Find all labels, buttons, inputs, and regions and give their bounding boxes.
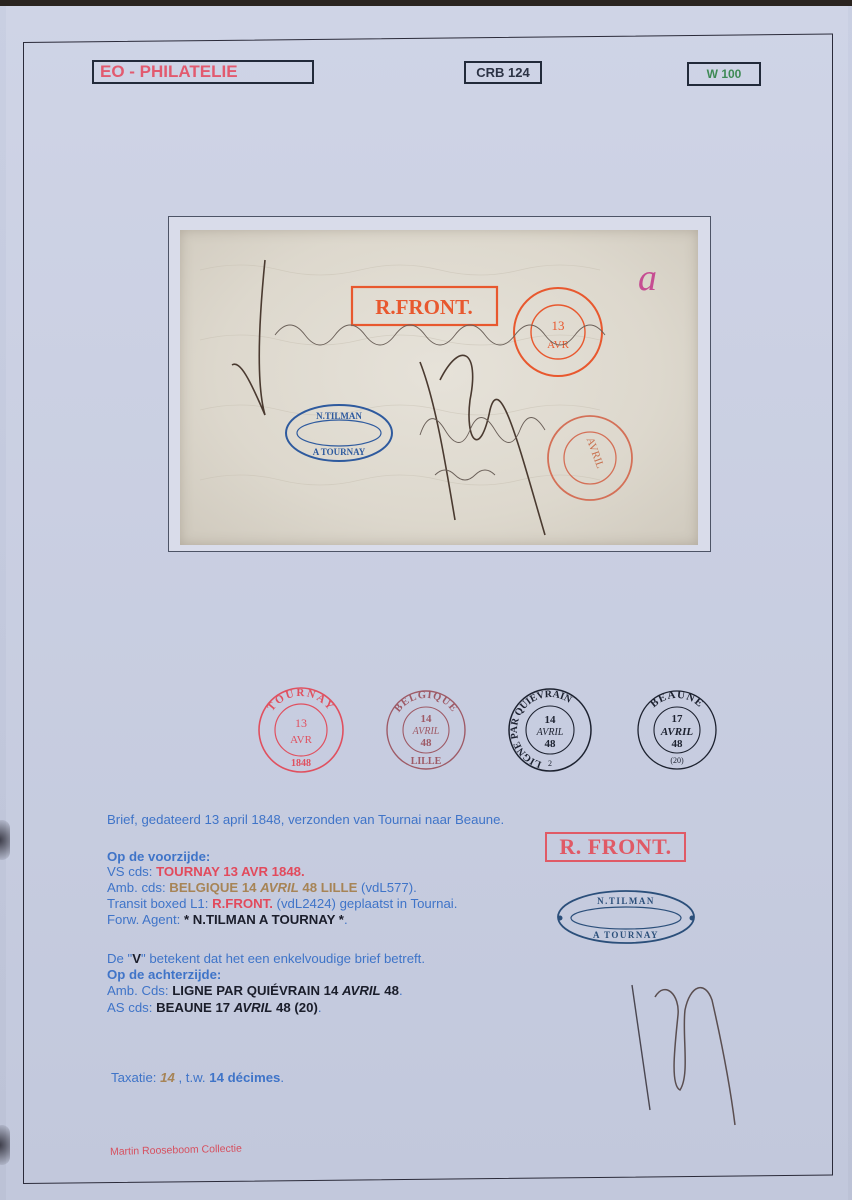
svg-text:48: 48 [672,738,684,750]
taxation-line: Taxatie: 14 , t.w. 14 décimes. [111,1070,284,1085]
binder-hole-shadow [0,820,10,860]
svg-text:A TOURNAY: A TOURNAY [593,930,659,940]
front-heading: Op de voorzijde: [107,849,210,864]
svg-text:14: 14 [421,713,433,725]
tax-14-manuscript-illustration [620,975,750,1135]
rfront-illustration: R. FRONT. [545,832,686,862]
amb-cds-line: Amb. cds: BELGIQUE 14 AVRIL 48 LILLE (vd… [107,880,417,895]
svg-text:2: 2 [548,759,552,768]
svg-text:AVRIL: AVRIL [584,436,606,471]
forwarding-agent-line: Forw. Agent: * N.TILMAN A TOURNAY *. [107,912,348,927]
svg-text:TOURNAY: TOURNAY [265,687,337,714]
svg-text:AVRIL: AVRIL [536,727,564,738]
postmark-ligne-par-quievrain: LIGNE PAR QUIEVRAIN 14 AVRIL 48 2 [505,686,595,776]
as-cds-line: AS cds: BEAUNE 17 AVRIL 48 (20). [107,1000,322,1015]
postmark-tournay: TOURNAY 13 AVR 1848 [255,686,347,776]
belgique-cds-on-cover: AVRIL [548,416,632,500]
svg-text:N.TILMAN: N.TILMAN [597,896,655,906]
svg-text:LILLE: LILLE [411,756,442,767]
vs-cds-line: VS cds: TOURNAY 13 AVR 1848. [107,864,305,879]
svg-text:A TOURNAY: A TOURNAY [313,447,366,457]
svg-text:1848: 1848 [291,758,311,769]
svg-text:R.FRONT.: R.FRONT. [375,295,473,319]
letter-cover-image: R.FRONT. 13 AVR AVRIL N.TILMAN A TOURNAY [180,230,698,545]
svg-text:AVRIL: AVRIL [412,726,440,737]
intro-text: Brief, gedateerd 13 april 1848, verzonde… [107,812,504,827]
collection-title-box: EO - PHILATELIE [92,60,314,84]
tournay-cds-on-cover: 13 AVR [514,288,602,376]
postmark-belgique-lille: BELGIQUE 14 AVRIL 48 LILLE [383,686,469,776]
svg-text:BELGIQUE: BELGIQUE [393,690,460,715]
svg-text:48: 48 [545,738,557,750]
svg-text:48: 48 [421,737,433,749]
manuscript-a-mark: a [638,257,657,299]
catalog-ref-box: CRB 124 [464,61,542,84]
amb2-cds-line: Amb. Cds: LIGNE PAR QUIÉVRAIN 14 AVRIL 4… [107,983,403,998]
svg-text:17: 17 [672,713,684,725]
postmark-illustrations: TOURNAY 13 AVR 1848 BELGIQUE 14 AVRIL 48… [250,686,730,776]
svg-text:N.TILMAN: N.TILMAN [316,411,362,421]
tilman-oval-illustration: N.TILMAN A TOURNAY [555,888,697,946]
svg-text:13: 13 [295,716,307,730]
code-box: W 100 [687,62,761,86]
transit-line: Transit boxed L1: R.FRONT. (vdL2424) gep… [107,896,457,911]
v-mark-explanation: De "V" betekent dat het een enkelvoudige… [107,951,425,966]
svg-text:14: 14 [545,714,557,726]
postmark-beaune: BEAUNE 17 AVRIL 48 (20) [635,686,719,776]
back-heading: Op de achterzijde: [107,967,221,982]
svg-text:(20): (20) [670,756,684,765]
binder-hole-shadow [0,1125,10,1165]
svg-text:AVR: AVR [290,734,312,746]
svg-text:13: 13 [552,318,565,333]
rfront-boxed-mark: R.FRONT. [352,287,497,325]
tilman-oval-on-cover: N.TILMAN A TOURNAY [286,405,392,461]
svg-text:AVRIL: AVRIL [660,726,693,738]
